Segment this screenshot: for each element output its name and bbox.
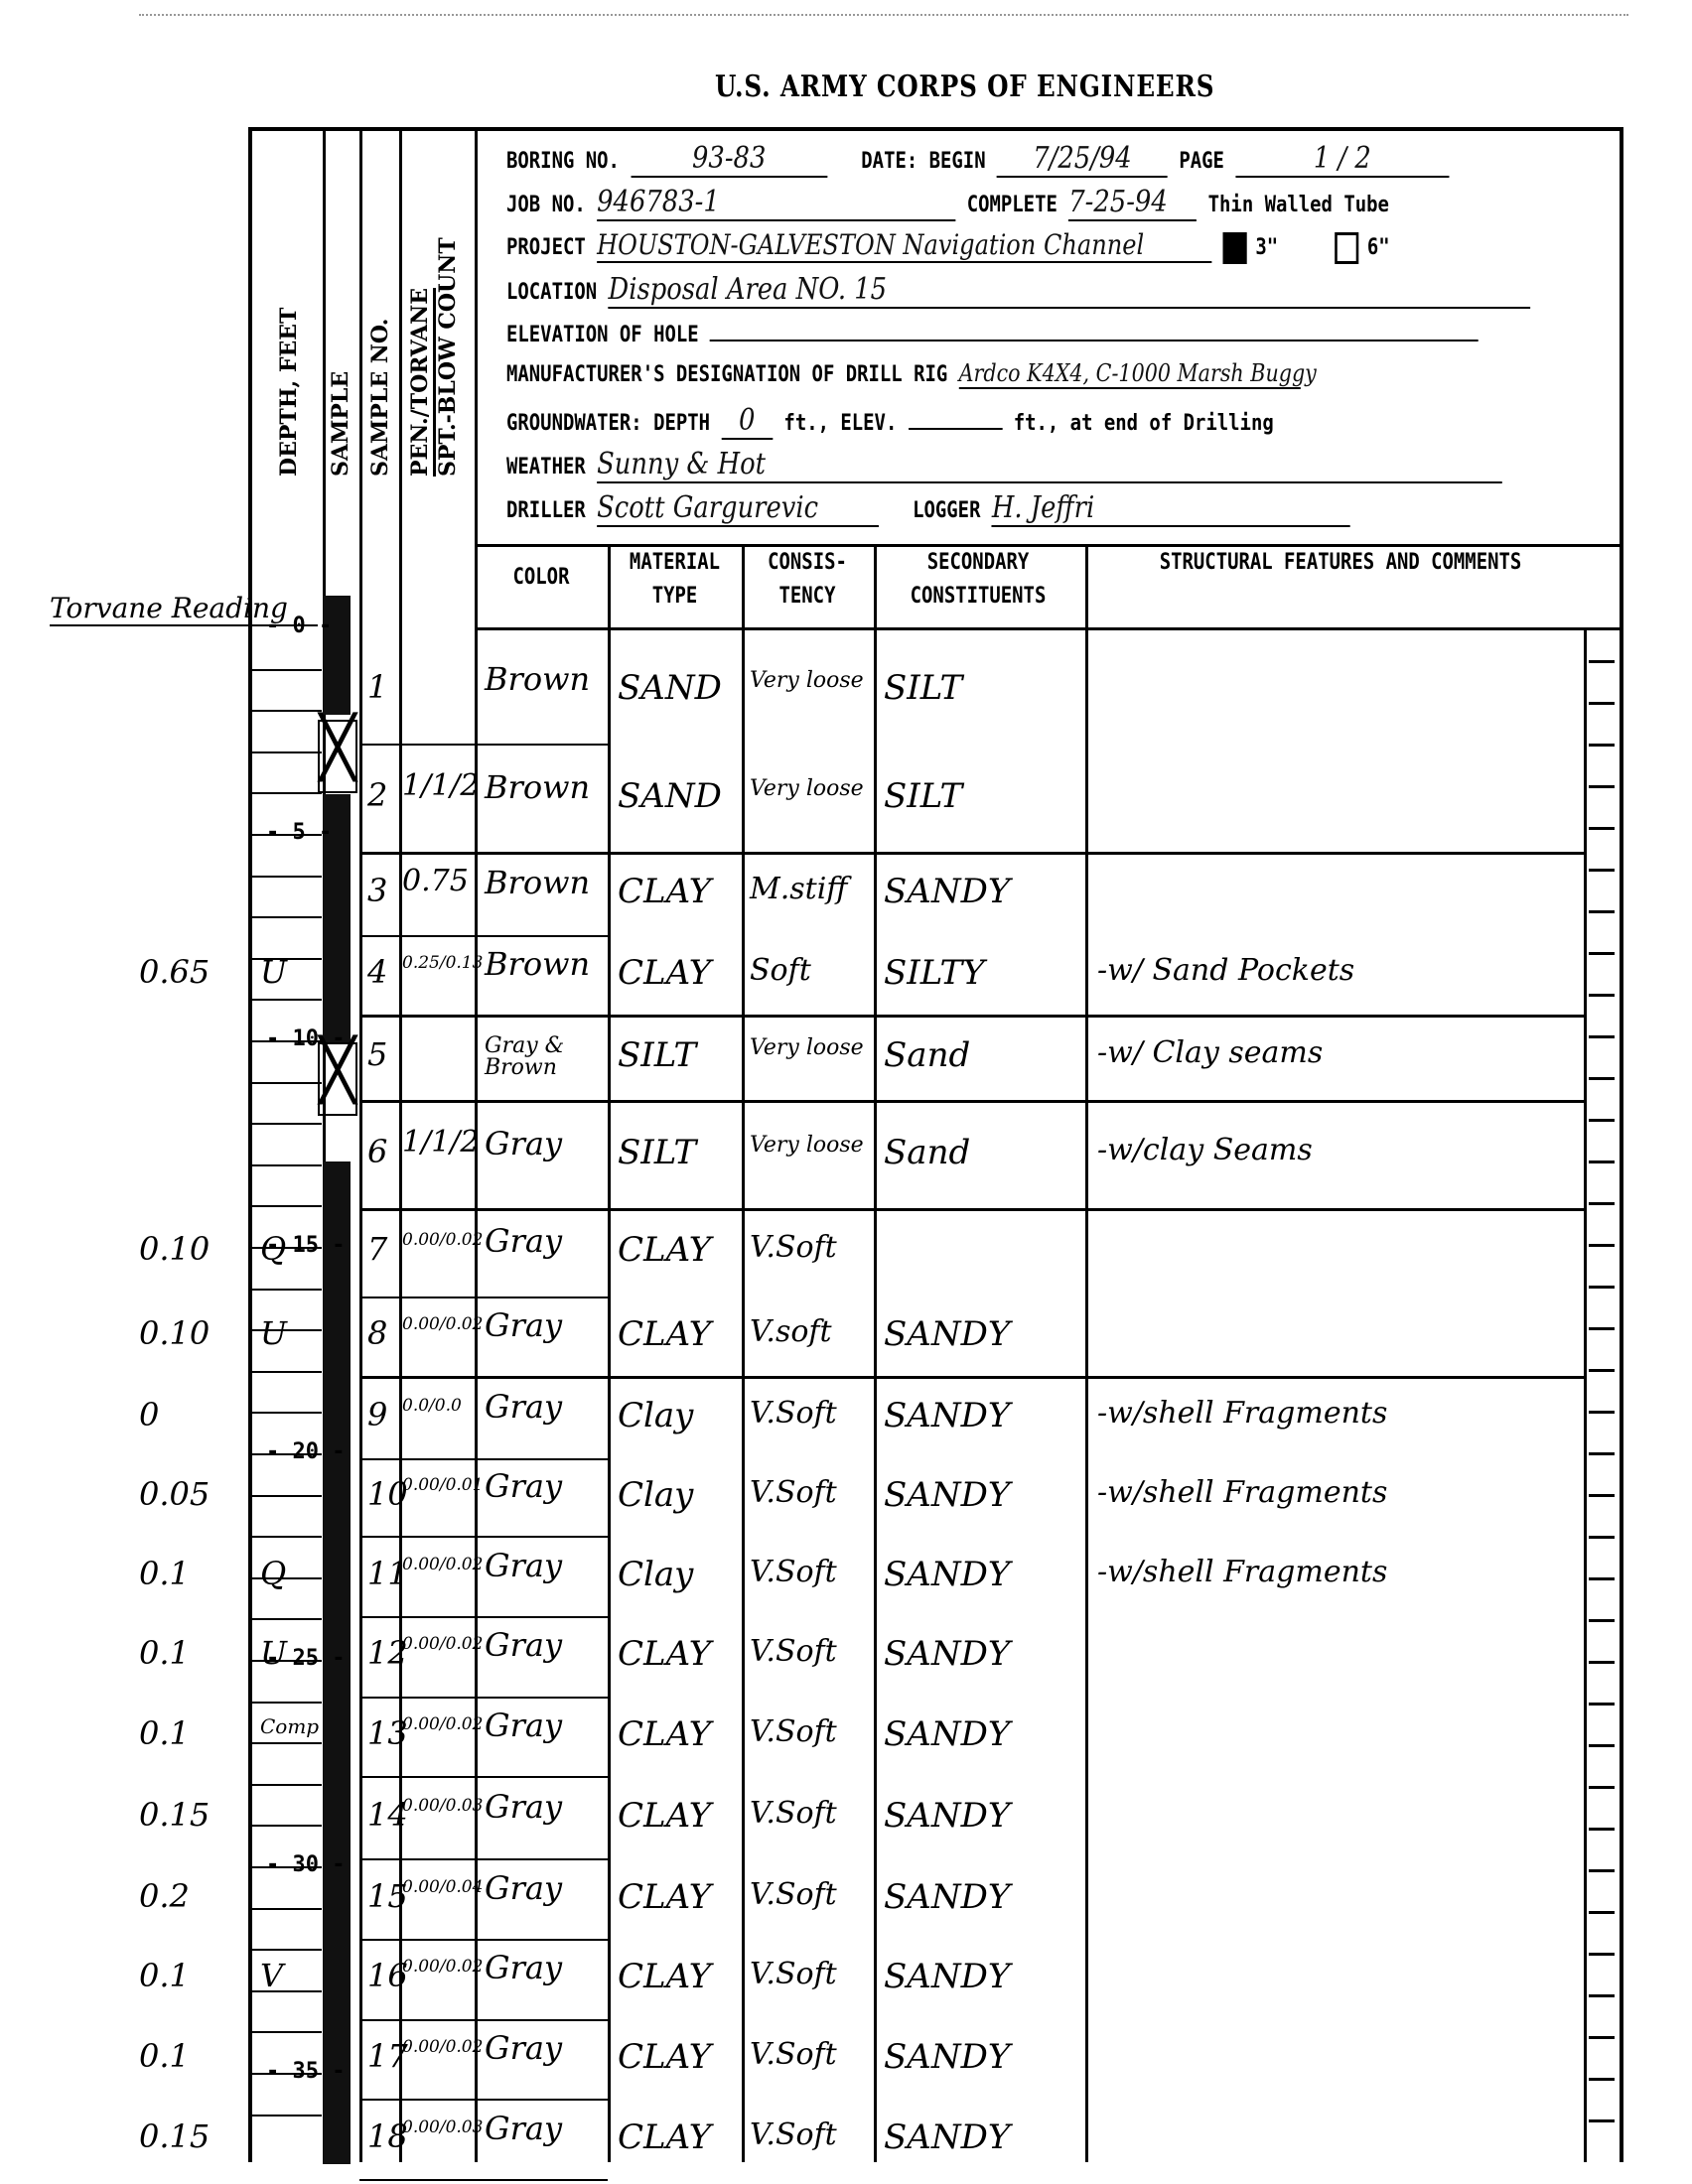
depth-gridline — [252, 1536, 322, 1538]
depth-gridline — [252, 1866, 322, 1868]
header-spt-blow: SPT.-BLOW COUNT — [435, 237, 461, 477]
scale-tick — [1589, 2119, 1615, 2122]
secondary-value: SILTY — [884, 953, 985, 993]
color-value: Gray — [485, 2117, 604, 2139]
torvane-margin-value: 0.2 — [139, 1877, 190, 1915]
sample-number: 6 — [367, 1133, 387, 1170]
elevation-label: ELEVATION OF HOLE — [506, 323, 699, 347]
color-value: Gray — [485, 1133, 604, 1155]
consistency-value: V.Soft — [750, 1796, 837, 1831]
location-value: Disposal Area NO. 15 — [609, 272, 1531, 309]
checkbox-3in[interactable] — [1223, 232, 1247, 264]
consistency-value: V.Soft — [750, 1396, 837, 1431]
depth-gridline — [252, 2031, 322, 2033]
scale-tick — [1589, 910, 1615, 913]
consistency-value: V.Soft — [750, 1475, 837, 1510]
driller-value: Scott Gargurevic — [597, 490, 879, 527]
depth-gridline — [252, 751, 322, 753]
colhead-material: MATERIAL TYPE — [617, 546, 732, 614]
depth-gridline — [252, 1618, 322, 1620]
comments-value: -w/shell Fragments — [1097, 1475, 1387, 1510]
color-value: Brown — [485, 953, 604, 975]
pen-torvane-value: 0.0/0.0 — [402, 1396, 474, 1416]
depth-gridline — [252, 1825, 322, 1827]
pen-torvane-value: 0.00/0.02 — [402, 1314, 474, 1334]
color-value: Gray — [485, 1714, 604, 1736]
depth-gridline — [252, 1412, 322, 1414]
consistency-value: Very loose — [750, 1133, 864, 1158]
pen-torvane-value: 0.00/0.03 — [402, 1796, 474, 1816]
secondary-value: SANDY — [884, 1634, 1010, 1674]
comments-value: -w/clay Seams — [1097, 1133, 1313, 1167]
secondary-value: SANDY — [884, 1555, 1010, 1594]
ft-end-label: ft., at end of Drilling — [1014, 411, 1274, 436]
driller-label: DRILLER — [506, 498, 586, 523]
consistency-value: V.Soft — [750, 1877, 837, 1912]
project-value: HOUSTON-GALVESTON Navigation Channel — [597, 228, 1211, 263]
logger-value: H. Jeffri — [992, 490, 1350, 527]
row-separator — [359, 744, 608, 746]
material-value: CLAY — [618, 1634, 711, 1674]
pen-torvane-value: 1/1/2 — [402, 1133, 474, 1153]
colhead-consistency: CONSIS-TENCY — [752, 546, 863, 614]
scale-tick — [1589, 1035, 1615, 1038]
scale-tick — [1589, 1369, 1615, 1372]
secondary-value: SANDY — [884, 1796, 1010, 1836]
scale-tick — [1589, 1244, 1615, 1247]
material-value: SAND — [618, 776, 722, 816]
torvane-margin-value: 0.65 — [139, 953, 210, 991]
depth-gridline — [252, 1742, 322, 1744]
sample-number: 9 — [367, 1396, 387, 1433]
job-no-value: 946783-1 — [597, 185, 955, 221]
color-value: Gray — [485, 1475, 604, 1497]
scale-tick — [1589, 702, 1615, 705]
material-value: CLAY — [618, 2117, 711, 2157]
depth-gridline — [252, 999, 322, 1001]
sample-number: 4 — [367, 953, 387, 991]
secondary-value: SANDY — [884, 1957, 1010, 1996]
torvane-mark: U — [260, 1634, 287, 1672]
row-boring: BORING NO. 93-83 DATE: BEGIN 7/25/94 PAG… — [506, 141, 1449, 178]
divider — [1085, 544, 1088, 2162]
scale-tick — [1589, 827, 1615, 830]
row-separator — [359, 852, 1586, 855]
torvane-margin-value: 0.15 — [139, 1796, 210, 1834]
pen-torvane-value: 0.00/0.02 — [402, 1555, 474, 1574]
row-job: JOB NO. 946783-1 COMPLETE 7-25-94 Thin W… — [506, 185, 1389, 221]
scale-tick — [1589, 2078, 1615, 2081]
divider — [874, 544, 877, 2162]
scale-tick — [1589, 744, 1615, 747]
torvane-margin-value: 0.1 — [139, 1714, 190, 1752]
job-no-label: JOB NO. — [506, 193, 586, 217]
pen-torvane-value: 1/1/2 — [402, 776, 474, 796]
sample-number: 2 — [367, 776, 387, 814]
option-3in: 3" — [1255, 235, 1278, 260]
material-value: CLAY — [618, 953, 711, 993]
boring-no-value: 93-83 — [631, 141, 827, 178]
material-value: CLAY — [618, 1314, 711, 1354]
row-weather: WEATHER Sunny & Hot — [506, 447, 1502, 483]
color-value: Brown — [485, 776, 604, 798]
consistency-value: V.Soft — [750, 2037, 837, 2072]
pen-torvane-value: 0.25/0.13 — [402, 953, 474, 973]
row-separator — [359, 1536, 608, 1538]
color-value: Gray — [485, 1877, 604, 1899]
row-separator — [359, 1616, 608, 1618]
scale-tick — [1589, 1286, 1615, 1289]
scale-tick — [1589, 1744, 1615, 1747]
sample-number: 8 — [367, 1314, 387, 1352]
color-value: Brown — [485, 872, 604, 893]
depth-gridline — [252, 669, 322, 671]
consistency-value: V.Soft — [750, 1555, 837, 1589]
torvane-margin-value: 0.05 — [139, 1475, 210, 1513]
split-spoon-x-icon: ╳ — [318, 1042, 357, 1116]
secondary-value: SANDY — [884, 1877, 1010, 1917]
header-depth: DEPTH, FEET — [276, 308, 302, 477]
secondary-value: SANDY — [884, 1475, 1010, 1515]
color-value: Gray — [485, 1230, 604, 1252]
consistency-value: M.stiff — [750, 872, 848, 906]
secondary-value: SANDY — [884, 1714, 1010, 1754]
depth-gridline — [252, 1949, 322, 1951]
divider — [608, 544, 611, 2162]
row-separator — [359, 1100, 1586, 1103]
complete-label: COMPLETE — [967, 193, 1057, 217]
depth-tick-label: - 0 - — [266, 614, 332, 638]
torvane-margin-value: 0 — [139, 1396, 159, 1433]
sample-number: 5 — [367, 1035, 387, 1073]
scale-tick — [1589, 1953, 1615, 1956]
torvane-mark: Q — [260, 1230, 286, 1268]
depth-gridline — [252, 1453, 322, 1455]
groundwater-label: GROUNDWATER: DEPTH — [506, 411, 710, 436]
consistency-value: Very loose — [750, 1035, 864, 1060]
depth-gridline — [252, 1702, 322, 1704]
secondary-value: SANDY — [884, 1396, 1010, 1435]
scale-tick — [1589, 869, 1615, 872]
sample-number: 1 — [367, 668, 387, 706]
secondary-value: SANDY — [884, 2117, 1010, 2157]
depth-gridline — [252, 1495, 322, 1497]
depth-gridline — [252, 1164, 322, 1166]
scan-artifact — [139, 14, 1628, 20]
torvane-mark: V — [260, 1957, 283, 1994]
depth-gridline — [252, 2073, 322, 2075]
torvane-margin-value: 0.15 — [139, 2117, 210, 2155]
drill-rig-value: Ardco K4X4, C-1000 Marsh Buggy — [959, 359, 1301, 389]
scale-tick — [1589, 1703, 1615, 1706]
depth-gridline — [252, 1205, 322, 1207]
depth-gridline — [252, 834, 322, 836]
color-value: Brown — [485, 668, 604, 690]
row-elevation: ELEVATION OF HOLE — [506, 316, 1479, 347]
consistency-value: V.Soft — [750, 1230, 837, 1265]
depth-tick-label: - 5 - — [266, 820, 332, 845]
consistency-value: Soft — [750, 953, 811, 988]
divider — [1584, 627, 1587, 2162]
scale-tick — [1589, 1494, 1615, 1497]
row-driller: DRILLER Scott Gargurevic LOGGER H. Jeffr… — [506, 490, 1350, 527]
page-label: PAGE — [1179, 149, 1224, 174]
color-value: Gray & Brown — [485, 1035, 604, 1079]
scale-tick — [1589, 1994, 1615, 1997]
color-value: Gray — [485, 1957, 604, 1979]
material-value: CLAY — [618, 1714, 711, 1754]
location-label: LOCATION — [506, 280, 597, 305]
color-value: Gray — [485, 1396, 604, 1418]
depth-tick-label: - 30 - — [266, 1852, 345, 1877]
sample-number: 3 — [367, 872, 387, 909]
material-value: CLAY — [618, 2037, 711, 2077]
header-sample: SAMPLE — [328, 371, 353, 477]
colhead-comments: STRUCTURAL FEATURES AND COMMENTS — [1127, 546, 1554, 580]
material-value: SILT — [618, 1035, 696, 1075]
comments-value: -w/shell Fragments — [1097, 1555, 1387, 1589]
depth-gridline — [252, 1371, 322, 1373]
pen-torvane-value: 0.00/0.01 — [402, 1475, 474, 1495]
complete-value: 7-25-94 — [1068, 185, 1197, 221]
option-6in: 6" — [1367, 235, 1390, 260]
sample-number: 7 — [367, 1230, 387, 1268]
scale-tick — [1589, 1661, 1615, 1664]
depth-gridline — [252, 2115, 322, 2116]
pen-torvane-value: 0.00/0.04 — [402, 1877, 474, 1897]
torvane-margin-value: 0.1 — [139, 2037, 190, 2075]
groundwater-depth-value: 0 — [721, 403, 773, 440]
header-sample-no: SAMPLE NO. — [367, 319, 393, 477]
torvane-margin-value: 0.10 — [139, 1230, 210, 1268]
date-begin-value: 7/25/94 — [997, 141, 1168, 178]
color-value: Gray — [485, 2037, 604, 2059]
depth-tick-label: - 20 - — [266, 1439, 345, 1464]
project-label: PROJECT — [506, 235, 586, 260]
scale-tick — [1589, 1202, 1615, 1205]
depth-gridline — [252, 792, 322, 794]
material-value: CLAY — [618, 1796, 711, 1836]
depth-gridline — [252, 710, 322, 712]
secondary-value: SANDY — [884, 872, 1010, 911]
scale-tick — [1589, 1911, 1615, 1914]
comments-value: -w/ Sand Pockets — [1097, 953, 1354, 988]
consistency-value: Very loose — [750, 668, 864, 693]
comments-value: -w/shell Fragments — [1097, 1396, 1387, 1431]
material-value: CLAY — [618, 872, 711, 911]
row-separator — [359, 1208, 1586, 1211]
date-begin-label: DATE: BEGIN — [861, 149, 985, 174]
depth-gridline — [252, 916, 322, 918]
scale-tick — [1589, 1828, 1615, 1831]
pen-torvane-value: 0.75 — [402, 872, 474, 891]
color-value: Gray — [485, 1314, 604, 1336]
depth-tick-label: - 35 - — [266, 2059, 345, 2084]
material-value: CLAY — [618, 1877, 711, 1917]
pen-torvane-value: 0.00/0.02 — [402, 1634, 474, 1654]
scale-tick — [1589, 1119, 1615, 1122]
split-spoon-x-icon: ╳ — [318, 720, 357, 793]
secondary-value: SILT — [884, 668, 962, 708]
colhead-color: COLOR — [486, 561, 597, 595]
groundwater-elev-value — [909, 404, 1003, 430]
pen-torvane-value: 0.00/0.02 — [402, 1230, 474, 1250]
row-separator — [359, 2179, 608, 2181]
secondary-value: Sand — [884, 1035, 970, 1075]
scale-tick — [1589, 1869, 1615, 1872]
depth-tick-label: - 10 - — [266, 1026, 345, 1051]
row-separator — [359, 1697, 608, 1699]
boring-no-label: BORING NO. — [506, 149, 620, 174]
elevation-value — [710, 316, 1479, 341]
row-separator — [359, 2019, 608, 2021]
scale-tick — [1589, 1536, 1615, 1539]
divider — [742, 544, 745, 2162]
agency-title: U.S. ARMY CORPS OF ENGINEERS — [715, 69, 1214, 104]
depth-gridline — [252, 1289, 322, 1291]
depth-gridline — [252, 1908, 322, 1910]
scale-tick — [1589, 1452, 1615, 1455]
checkbox-6in[interactable] — [1335, 232, 1358, 264]
secondary-value: Sand — [884, 1133, 970, 1172]
consistency-value: V.soft — [750, 1314, 832, 1349]
ft-elev-label: ft., ELEV. — [783, 411, 897, 436]
depth-gridline — [252, 1123, 322, 1125]
secondary-value: SANDY — [884, 1314, 1010, 1354]
material-value: CLAY — [618, 1957, 711, 1996]
row-separator — [359, 1939, 608, 1941]
header-pen-torvane: PEN./TORVANE — [407, 288, 436, 477]
weather-value: Sunny & Hot — [597, 447, 1502, 483]
scale-tick — [1589, 2036, 1615, 2039]
consistency-value: V.Soft — [750, 2117, 837, 2152]
row-separator — [359, 1776, 608, 1778]
sampler-label: Thin Walled Tube — [1208, 193, 1389, 217]
scale-tick — [1589, 1327, 1615, 1330]
secondary-value: SANDY — [884, 2037, 1010, 2077]
consistency-value: V.Soft — [750, 1714, 837, 1749]
divider — [475, 627, 1623, 630]
divider — [359, 127, 362, 2162]
scale-tick — [1589, 1619, 1615, 1622]
consistency-value: V.Soft — [750, 1957, 837, 1991]
scale-tick — [1589, 785, 1615, 788]
row-separator — [359, 1458, 608, 1460]
consistency-value: Very loose — [750, 776, 864, 801]
scale-tick — [1589, 994, 1615, 997]
color-value: Gray — [485, 1634, 604, 1656]
row-separator — [359, 1015, 1586, 1018]
scale-tick — [1589, 1160, 1615, 1163]
torvane-margin-value: 0.1 — [139, 1634, 190, 1672]
comments-value: -w/ Clay seams — [1097, 1035, 1323, 1070]
row-project: PROJECT HOUSTON-GALVESTON Navigation Cha… — [506, 228, 1390, 264]
depth-gridline — [252, 1040, 322, 1042]
consistency-value: V.Soft — [750, 1634, 837, 1669]
material-value: CLAY — [618, 1230, 711, 1270]
torvane-margin-value: 0.10 — [139, 1314, 210, 1352]
scale-tick — [1589, 660, 1615, 663]
row-separator — [359, 1297, 608, 1298]
scale-tick — [1589, 1411, 1615, 1414]
torvane-margin-value: 0.1 — [139, 1555, 190, 1592]
drill-rig-label: MANUFACTURER'S DESIGNATION OF DRILL RIG — [506, 362, 947, 387]
pen-torvane-value: 0.00/0.02 — [402, 1957, 474, 1977]
row-separator — [359, 1858, 608, 1860]
row-location: LOCATION Disposal Area NO. 15 — [506, 272, 1530, 309]
depth-gridline — [252, 1784, 322, 1786]
scale-tick — [1589, 952, 1615, 955]
row-drill-rig: MANUFACTURER'S DESIGNATION OF DRILL RIG … — [506, 359, 1301, 389]
scale-tick — [1589, 1077, 1615, 1080]
page-value: 1 / 2 — [1235, 141, 1449, 178]
depth-gridline — [252, 1082, 322, 1084]
row-separator — [359, 1376, 1586, 1379]
scale-tick — [1589, 1786, 1615, 1789]
material-value: Clay — [618, 1475, 693, 1515]
pen-torvane-value: 0.00/0.02 — [402, 1714, 474, 1734]
pen-torvane-value: 0.00/0.02 — [402, 2037, 474, 2057]
pen-torvane-value: 0.00/0.03 — [402, 2117, 474, 2137]
scale-tick — [1589, 1577, 1615, 1580]
secondary-value: SILT — [884, 776, 962, 816]
color-value: Gray — [485, 1555, 604, 1576]
color-value: Gray — [485, 1796, 604, 1818]
colhead-secondary: SECONDARY CONSTITUENTS — [889, 546, 1068, 614]
row-separator — [359, 2099, 608, 2101]
row-separator — [359, 935, 608, 937]
material-value: Clay — [618, 1555, 693, 1594]
weather-label: WEATHER — [506, 455, 586, 479]
material-value: Clay — [618, 1396, 693, 1435]
row-groundwater: GROUNDWATER: DEPTH 0 ft., ELEV. ft., at … — [506, 403, 1274, 440]
material-value: SAND — [618, 668, 722, 708]
depth-gridline — [252, 876, 322, 878]
torvane-mark: U — [260, 953, 287, 991]
torvane-margin-value: 0.1 — [139, 1957, 190, 1994]
material-value: SILT — [618, 1133, 696, 1172]
torvane-mark: U — [260, 1314, 287, 1352]
torvane-mark: Comp — [260, 1714, 319, 1738]
logger-label: LOGGER — [913, 498, 980, 523]
torvane-mark: Q — [260, 1555, 286, 1592]
